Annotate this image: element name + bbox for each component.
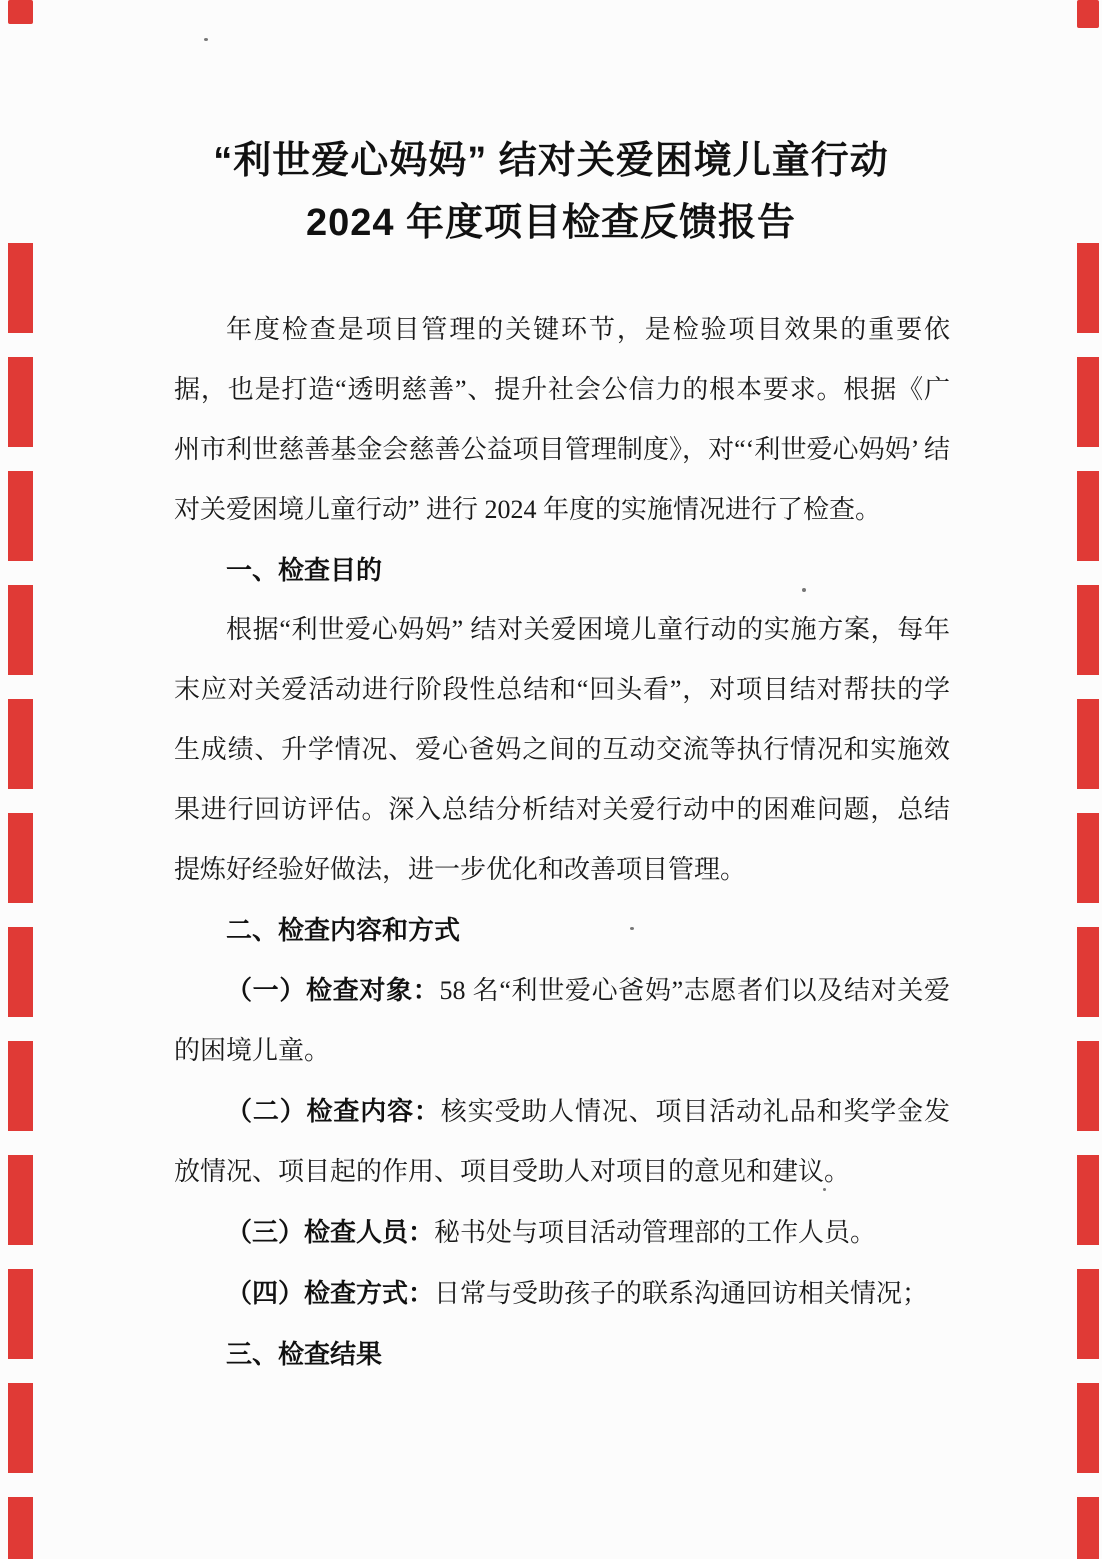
section1-paragraph: 根据“利世爱心妈妈” 结对关爱困境儿童行动的实施方案，每年末应对关爱活动进行阶段… — [174, 600, 950, 900]
section-heading-2: 二、检查内容和方式 — [174, 900, 950, 960]
document-body: 年度检查是项目管理的关键环节，是检验项目效果的重要依据，也是打造“透明慈善”、提… — [174, 300, 950, 1384]
list-item-3: （三）检查人员：秘书处与项目活动管理部的工作人员。 — [174, 1202, 950, 1263]
section-heading-1: 一、检查目的 — [174, 540, 950, 600]
list-item-3-text: 秘书处与项目活动管理部的工作人员。 — [434, 1218, 876, 1247]
list-item-4-label: （四）检查方式： — [226, 1278, 434, 1308]
list-item-4-text: 日常与受助孩子的联系沟通回访相关情况； — [434, 1279, 928, 1308]
list-item-4: （四）检查方式：日常与受助孩子的联系沟通回访相关情况； — [174, 1263, 950, 1324]
edge-mark — [1077, 0, 1099, 28]
list-item-1: （一）检查对象：58 名“利世爱心爸妈”志愿者们以及结对关爱的困境儿童。 — [174, 960, 950, 1081]
scan-edge-marks-left — [8, 0, 33, 1559]
list-item-2: （二）检查内容：核实受助人情况、项目活动礼品和奖学金发放情况、项目起的作用、项目… — [174, 1081, 950, 1202]
scan-speck — [802, 588, 806, 592]
list-item-2-label: （二）检查内容： — [226, 1096, 441, 1126]
document-title-line1: “利世爱心妈妈” 结对关爱困境儿童行动 — [60, 130, 1042, 192]
section-heading-3: 三、检查结果 — [174, 1324, 950, 1384]
scan-speck — [630, 927, 634, 930]
intro-paragraph: 年度检查是项目管理的关键环节，是检验项目效果的重要依据，也是打造“透明慈善”、提… — [174, 300, 950, 540]
document-title: “利世爱心妈妈” 结对关爱困境儿童行动 2024 年度项目检查反馈报告 — [60, 130, 1042, 254]
list-item-1-label: （一）检查对象： — [226, 975, 439, 1005]
edge-mark-dashes — [1077, 243, 1099, 1559]
edge-mark-dashes — [8, 243, 33, 1559]
edge-mark — [8, 0, 33, 24]
scan-edge-marks-right — [1077, 0, 1099, 1559]
scan-speck — [823, 1188, 826, 1191]
scanned-report-page: “利世爱心妈妈” 结对关爱困境儿童行动 2024 年度项目检查反馈报告 年度检查… — [0, 0, 1102, 1559]
list-item-3-label: （三）检查人员： — [226, 1217, 434, 1247]
scan-speck — [204, 38, 208, 41]
document-title-line2: 2024 年度项目检查反馈报告 — [60, 192, 1042, 254]
